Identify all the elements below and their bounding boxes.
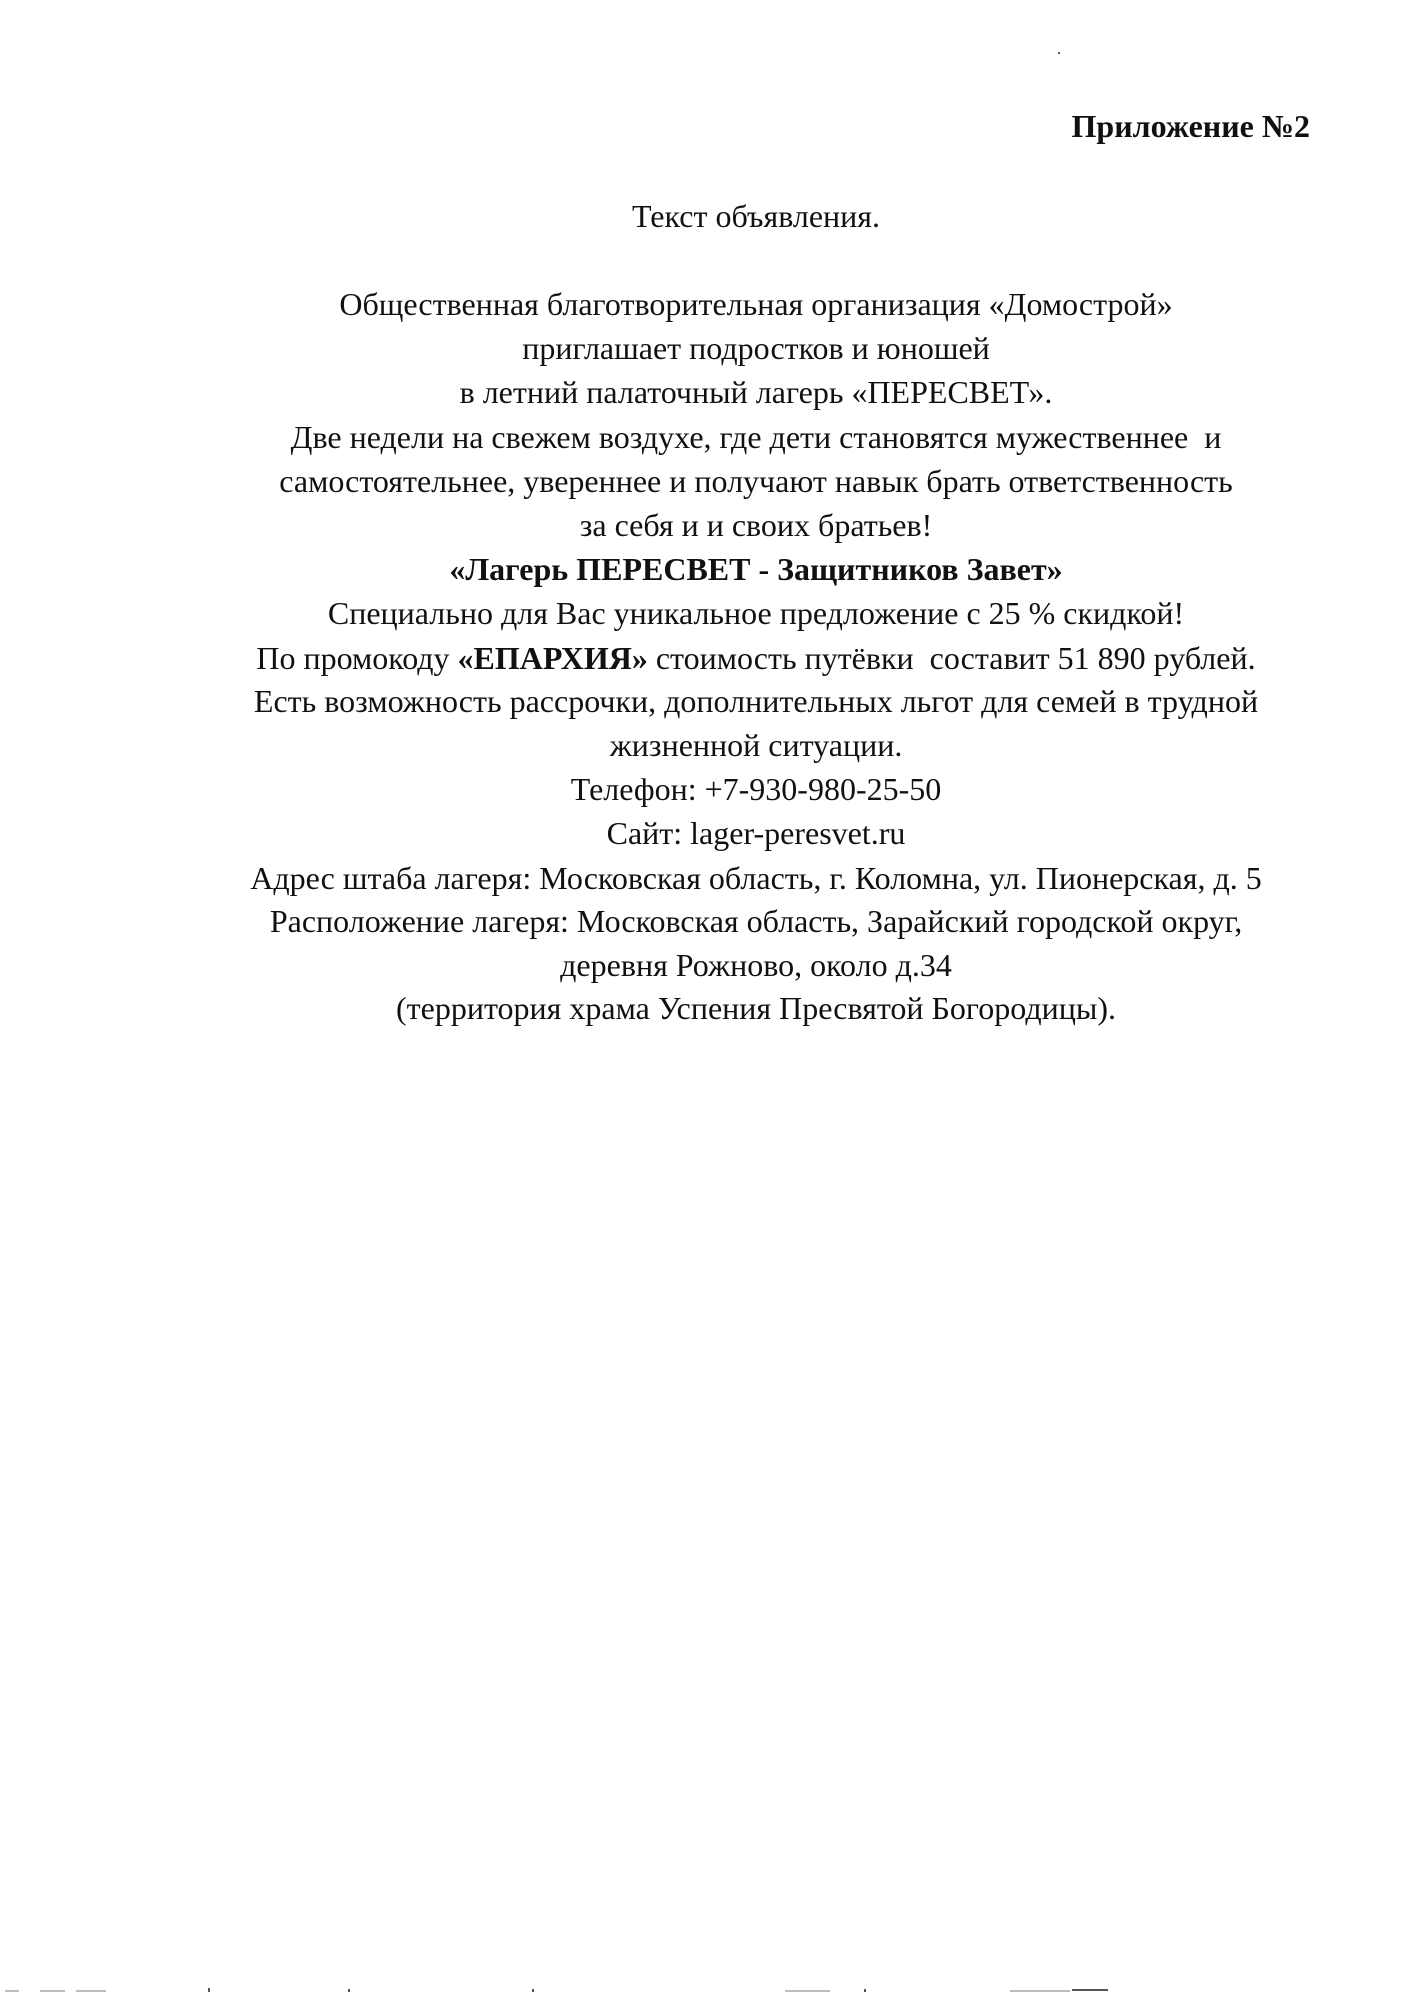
camp-line: в летний палаточный лагерь «ПЕРЕСВЕТ».	[156, 370, 1356, 414]
promo-prefix: По промокоду	[256, 640, 457, 676]
description-line-2: самостоятельнее, увереннее и получают на…	[156, 459, 1356, 503]
description-line-1: Две недели на свежем воздухе, где дети с…	[156, 415, 1356, 459]
scan-artifact	[5, 1990, 19, 1992]
installment-line-1: Есть возможность рассрочки, дополнительн…	[156, 679, 1356, 723]
scanned-document-page: Приложение №2 Текст объявления. Обществе…	[0, 0, 1415, 2000]
promo-price-text: стоимость путёвки составит 51 890 рублей…	[648, 640, 1256, 676]
scan-speck	[532, 1989, 534, 1992]
promo-line: По промокоду «ЕПАРХИЯ» стоимость путёвки…	[156, 636, 1356, 680]
scan-artifact	[1010, 1990, 1070, 1992]
website-line: Сайт: lager-peresvet.ru	[156, 811, 1356, 855]
discount-offer-line: Специально для Вас уникальное предложени…	[156, 591, 1356, 635]
scan-speck	[348, 1989, 350, 1992]
camp-location-line-3: (территория храма Успения Пресвятой Бого…	[156, 986, 1356, 1030]
announcement-heading: Текст объявления.	[156, 194, 1356, 238]
scan-artifact	[76, 1990, 106, 1992]
scan-speck	[208, 1988, 210, 1992]
description-line-3: за себя и и своих братьев!	[156, 503, 1356, 547]
installment-line-2: жизненной ситуации.	[156, 723, 1356, 767]
org-line: Общественная благотворительная организац…	[156, 282, 1356, 326]
camp-slogan: «Лагерь ПЕРЕСВЕТ - Защитников Завет»	[156, 547, 1356, 591]
camp-location-line-2: деревня Рожново, около д.34	[156, 943, 1356, 987]
appendix-title: Приложение №2	[1072, 104, 1311, 148]
hq-address-line: Адрес штаба лагеря: Московская область, …	[156, 856, 1356, 900]
scan-speck	[1058, 52, 1060, 54]
scan-speck	[864, 1989, 866, 1992]
invite-line: приглашает подростков и юношей	[156, 326, 1356, 370]
scan-artifact	[785, 1990, 830, 1992]
promo-code: «ЕПАРХИЯ»	[458, 640, 648, 676]
scan-artifact	[40, 1990, 65, 1992]
phone-line: Телефон: +7-930-980-25-50	[156, 767, 1356, 811]
scan-artifact	[1072, 1989, 1108, 1991]
camp-location-line-1: Расположение лагеря: Московская область,…	[156, 899, 1356, 943]
